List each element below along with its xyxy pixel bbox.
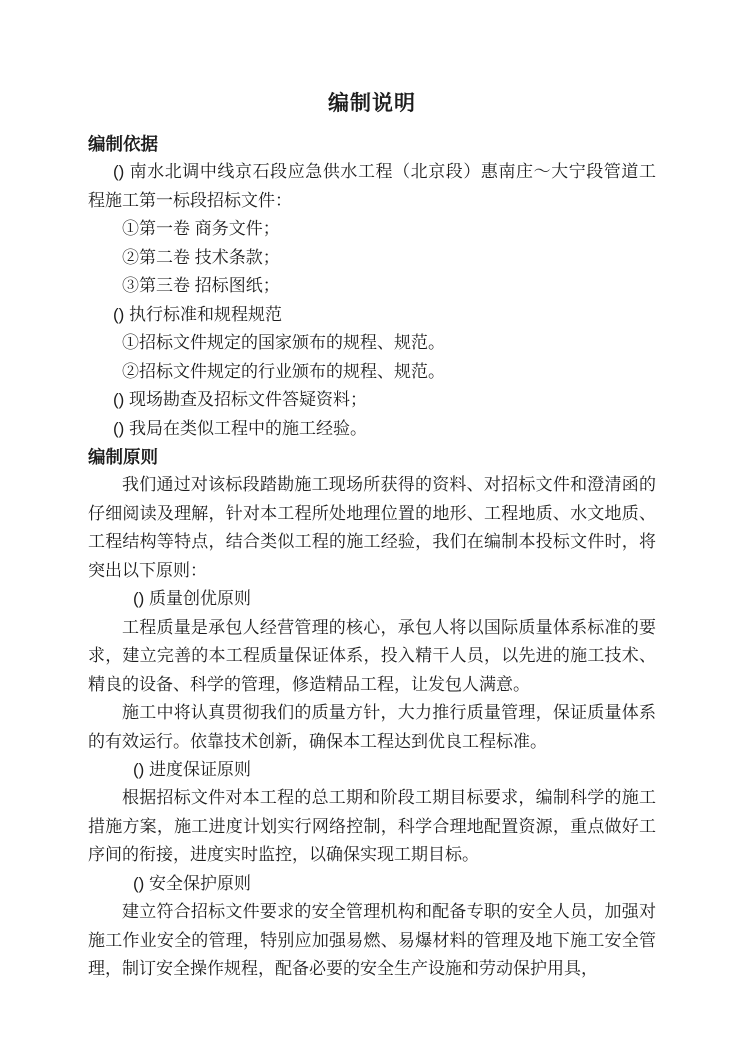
paragraph: 施工中将认真贯彻我们的质量方针，大力推行质量管理，保证质量体系的有效运行。依靠技… [88,699,656,756]
section-heading: 编制原则 [88,443,656,471]
paragraph: ①招标文件规定的国家颁布的规程、规范。 [88,329,656,357]
paragraph: 我们通过对该标段踏勘施工现场所获得的资料、对招标文件和澄清函的仔细阅读及理解，针… [88,471,656,585]
paragraph: ③第三卷 招标图纸； [88,272,656,300]
document-title: 编制说明 [88,90,656,118]
paragraph: () 质量创优原则 [88,585,656,613]
document-body: 编制依据() 南水北调中线京石段应急供水工程（北京段）惠南庄～大宁段管道工程施工… [88,130,656,984]
paragraph: ①第一卷 商务文件； [88,215,656,243]
paragraph: 根据招标文件对本工程的总工期和阶段工期目标要求，编制科学的施工措施方案，施工进度… [88,784,656,869]
paragraph: ②第二卷 技术条款； [88,244,656,272]
paragraph: () 我局在类似工程中的施工经验。 [88,415,656,443]
paragraph: () 进度保证原则 [88,756,656,784]
paragraph: 建立符合招标文件要求的安全管理机构和配备专职的安全人员，加强对施工作业安全的管理… [88,898,656,983]
paragraph: 工程质量是承包人经营管理的核心，承包人将以国际质量体系标准的要求，建立完善的本工… [88,614,656,699]
paragraph: () 现场勘查及招标文件答疑资料； [88,386,656,414]
paragraph: ②招标文件规定的行业颁布的规程、规范。 [88,358,656,386]
paragraph: () 南水北调中线京石段应急供水工程（北京段）惠南庄～大宁段管道工程施工第一标段… [88,158,656,215]
document-page: 编制说明 编制依据() 南水北调中线京石段应急供水工程（北京段）惠南庄～大宁段管… [0,0,744,1052]
section-heading: 编制依据 [88,130,656,158]
paragraph: () 执行标准和规程规范 [88,301,656,329]
paragraph: () 安全保护原则 [88,870,656,898]
